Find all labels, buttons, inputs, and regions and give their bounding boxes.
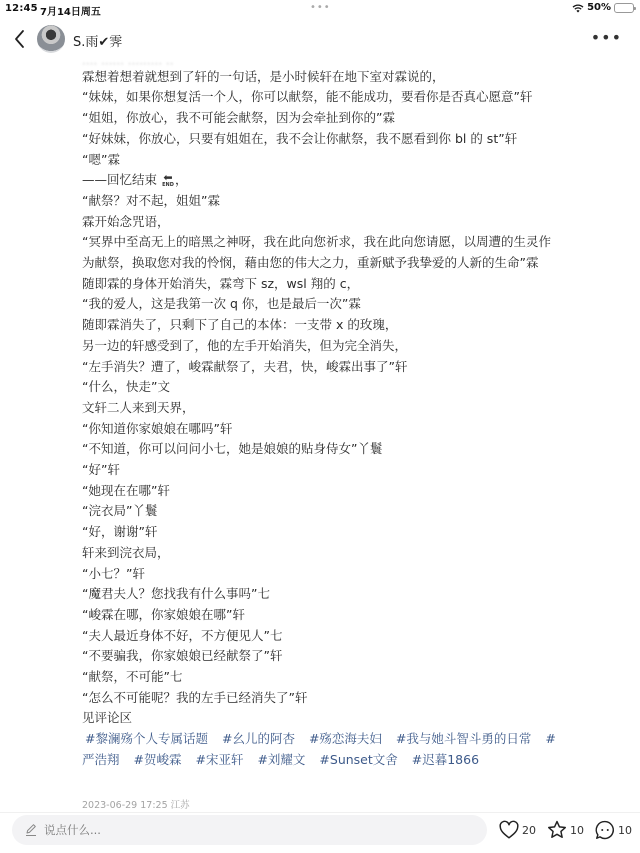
memory-end-comma: ，	[175, 172, 188, 187]
cut-off-line: ···· ······ ········· ··	[82, 46, 562, 67]
hashtag[interactable]: #Sunset文舍	[319, 752, 397, 767]
comment-bubble-icon	[594, 819, 616, 841]
hashtag[interactable]: #幺儿的阿杏	[222, 731, 295, 746]
status-right: 50%	[572, 2, 634, 13]
hashtag[interactable]: #殇恋海夫妇	[309, 731, 382, 746]
pen-icon	[24, 823, 38, 837]
hashtag[interactable]: #刘耀文	[257, 752, 305, 767]
text-line: “小七？”轩	[82, 564, 562, 585]
text-line: “好”轩	[82, 460, 562, 481]
wifi-icon	[572, 3, 584, 13]
text-line: “不要骗我，你家娘娘已经献祭了”轩	[82, 646, 562, 667]
avatar[interactable]	[37, 25, 65, 53]
hashtag-list: #黎澜殇个人专属话题 #幺儿的阿杏 #殇恋海夫妇 #我与她斗智斗勇的日常 #严浩…	[82, 729, 557, 770]
text-line: 轩来到浣衣局，	[82, 543, 562, 564]
more-options-button[interactable]: •••	[591, 28, 622, 47]
text-line: 霖开始念咒语，	[82, 212, 562, 233]
text-line: “冥界中至高无上的暗黑之神呀，我在此向您祈求，我在此向您请愿，以周遭的生灵作为献…	[82, 232, 552, 273]
text-line: 随即霖消失了，只剩下了自己的本体：一支带 x 的玫瑰，	[82, 315, 562, 336]
hashtag[interactable]: #贺峻霖	[134, 752, 182, 767]
status-time: 12:45	[5, 3, 38, 14]
hashtag[interactable]: #迟暮1866	[412, 752, 479, 767]
text-line: “浣衣局”丫鬟	[82, 501, 562, 522]
post-date-location: 2023-06-29 17:25 江苏	[82, 797, 190, 811]
comment-count: 10	[618, 824, 632, 837]
back-button[interactable]	[10, 28, 30, 50]
end-arrow-icon: ⬅ END	[161, 174, 175, 188]
text-line: “左手消失？遭了，峻霖献祭了，夫君，快，峻霖出事了”轩	[82, 357, 562, 378]
text-line: “献祭，不可能”七	[82, 667, 562, 688]
comment-input[interactable]: 说点什么...	[12, 815, 487, 845]
hashtag[interactable]: #我与她斗智斗勇的日常	[396, 731, 531, 746]
hashtag[interactable]: #宋亚轩	[195, 752, 243, 767]
like-button[interactable]: 20	[498, 819, 536, 841]
text-line: “献祭？对不起，姐姐”霖	[82, 191, 562, 212]
text-line: “妹妹，如果你想复活一个人，你可以献祭，能不能成功，要看你是否真心愿意”轩	[82, 87, 562, 108]
text-line: “好妹妹，你放心，只要有姐姐在，我不会让你献祭，我不愿看到你 bl 的 st”轩	[82, 129, 562, 150]
favorite-button[interactable]: 10	[546, 819, 584, 841]
heart-icon	[498, 819, 520, 841]
like-count: 20	[522, 824, 536, 837]
chevron-left-icon	[10, 28, 30, 50]
memory-end-line: ——回忆结束 ⬅ END ，	[82, 170, 562, 191]
divider	[0, 812, 640, 813]
text-line: “姐姐，你放心，我不可能会献祭，因为会牵扯到你的”霖	[82, 108, 562, 129]
favorite-count: 10	[570, 824, 584, 837]
action-bar: 20 10 10	[498, 816, 640, 844]
text-line: “你知道你家娘娘在哪吗”轩	[82, 419, 562, 440]
status-bar: 12:45 7月14日周五 ••• 50%	[0, 0, 640, 18]
text-line: “峻霖在哪，你家娘娘在哪”轩	[82, 605, 562, 626]
multitasking-dots[interactable]: •••	[310, 2, 331, 13]
text-line: “夫人最近身体不好，不方便见人”七	[82, 626, 562, 647]
text-line: “不知道，你可以问问小七，她是娘娘的贴身侍女”丫鬟	[82, 439, 562, 460]
text-line: 另一边的轩感受到了，他的左手开始消失，但为完全消失，	[82, 336, 562, 357]
text-line: 随即霖的身体开始消失，霖弯下 sz，wsl 翔的 c，	[82, 274, 562, 295]
text-line: “我的爱人，这是我第一次 q 你，也是最后一次”霖	[82, 294, 562, 315]
text-line: “好，谢谢”轩	[82, 522, 562, 543]
text-line: “什么，快走”文	[82, 377, 562, 398]
text-line: 霖想着想着就想到了轩的一句话，是小时候轩在地下室对霖说的，	[82, 67, 562, 88]
hashtag[interactable]: #黎澜殇个人专属话题	[85, 731, 208, 746]
comment-placeholder: 说点什么...	[44, 822, 101, 838]
see-comments-line: 见评论区	[82, 708, 562, 729]
post-content: ···· ······ ········· ·· 霖想着想着就想到了轩的一句话，…	[82, 46, 562, 771]
text-line: “嗯”霖	[82, 150, 562, 171]
comment-button[interactable]: 10	[594, 819, 632, 841]
text-line: “她现在在哪”轩	[82, 481, 562, 502]
memory-end-text: ——回忆结束	[82, 172, 157, 187]
text-line: “魔君夫人？您找我有什么事吗”七	[82, 584, 562, 605]
status-date: 7月14日周五	[40, 3, 101, 18]
star-icon	[546, 819, 568, 841]
battery-icon	[614, 3, 634, 13]
text-line: 文轩二人来到天界，	[82, 398, 562, 419]
battery-percent: 50%	[587, 2, 611, 13]
text-line: “怎么不可能呢？我的左手已经消失了”轩	[82, 688, 562, 709]
